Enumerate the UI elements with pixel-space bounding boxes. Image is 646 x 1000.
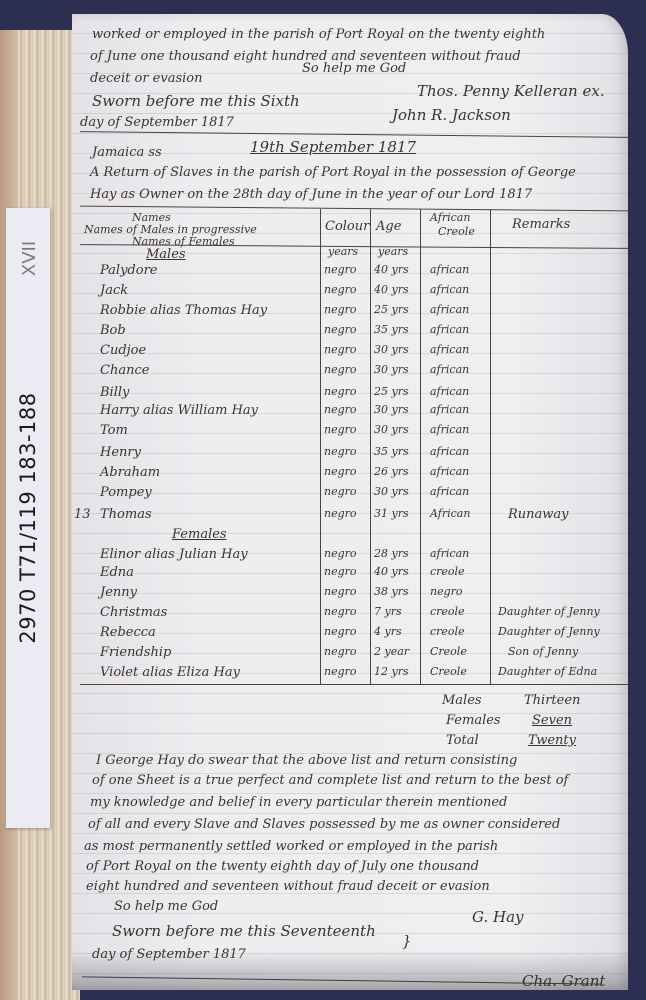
males-heading: Males <box>146 248 186 261</box>
table-row: Henry negro 35 yrs african <box>72 446 628 465</box>
table-row: Friendship negro 2 year Creole Son of Je… <box>72 646 628 665</box>
return-title-line-1: A Return of Slaves in the parish of Port… <box>90 166 576 179</box>
table-row: Bob negro 35 yrs african <box>72 324 628 343</box>
slave-age: 38 yrs <box>374 586 409 597</box>
slave-colour: negro <box>324 586 357 597</box>
slave-age: 40 yrs <box>374 284 409 295</box>
table-row: Harry alias William Hay negro 30 yrs afr… <box>72 404 628 423</box>
slave-origin: african <box>430 446 469 457</box>
slave-age: 30 yrs <box>374 424 409 435</box>
slave-name: Henry <box>100 446 141 459</box>
slave-origin: african <box>430 386 469 397</box>
slave-origin: african <box>430 466 469 477</box>
slave-origin: Creole <box>430 646 467 657</box>
oath-line-6: of Port Royal on the twenty eighth day o… <box>86 860 479 873</box>
slave-origin: african <box>430 404 469 415</box>
slave-colour: negro <box>324 264 357 275</box>
slave-name: Chance <box>100 364 149 377</box>
slave-age: 30 yrs <box>374 344 409 355</box>
slave-origin: African <box>430 508 470 519</box>
slave-origin: african <box>430 364 469 375</box>
total-value-total: Twenty <box>528 734 576 747</box>
witness-signature: Cha. Grant <box>522 974 605 989</box>
slave-colour: negro <box>324 404 357 415</box>
slave-name: Harry alias William Hay <box>100 404 258 417</box>
slave-age: 40 yrs <box>374 264 409 275</box>
slave-age: 26 yrs <box>374 466 409 477</box>
slave-name: Violet alias Eliza Hay <box>100 666 240 679</box>
table-row: Christmas negro 7 yrs creole Daughter of… <box>72 606 628 625</box>
slave-origin: creole <box>430 626 465 637</box>
archive-reference-text: 2970 T71/119 183-188 <box>16 392 40 643</box>
slave-colour: negro <box>324 666 357 677</box>
prior-sworn-line-1: Sworn before me this Sixth <box>92 94 300 109</box>
brace-mark: } <box>402 934 412 949</box>
slave-colour: negro <box>324 606 357 617</box>
oath-line-1: I George Hay do swear that the above lis… <box>96 754 517 767</box>
table-row: Edna negro 40 yrs creole <box>72 566 628 585</box>
slave-age: 4 yrs <box>374 626 402 637</box>
prior-signature-1: Thos. Penny Kelleran ex. <box>417 84 605 99</box>
col-header-age: Age <box>376 220 401 233</box>
females-heading: Females <box>172 528 227 541</box>
slave-origin: african <box>430 324 469 335</box>
prior-entry-oath: So help me God <box>302 62 406 75</box>
slave-origin: african <box>430 486 469 497</box>
oath-line-2: of one Sheet is a true perfect and compl… <box>92 774 568 787</box>
slave-remarks: Son of Jenny <box>508 646 578 657</box>
slave-colour: negro <box>324 486 357 497</box>
slave-age: 35 yrs <box>374 324 409 335</box>
slave-origin: negro <box>430 586 463 597</box>
col-header-names-mid: Names of Males in progressive <box>84 224 257 235</box>
slave-age: 7 yrs <box>374 606 402 617</box>
slave-age: 30 yrs <box>374 404 409 415</box>
table-row: Robbie alias Thomas Hay negro 25 yrs afr… <box>72 304 628 323</box>
oath-line-5: as most permanently settled worked or em… <box>84 840 498 853</box>
return-title-line-2: Hay as Owner on the 28th day of June in … <box>90 188 532 201</box>
slave-colour: negro <box>324 646 357 657</box>
slave-name: Bob <box>100 324 126 337</box>
slave-remarks: Daughter of Jenny <box>498 606 600 617</box>
slave-age: 12 yrs <box>374 666 409 677</box>
slave-name: Tom <box>100 424 128 437</box>
slave-name: Christmas <box>100 606 167 619</box>
prior-signature-2: John R. Jackson <box>392 108 511 123</box>
slave-remarks: Runaway <box>508 508 569 521</box>
slave-age: 25 yrs <box>374 304 409 315</box>
total-value-males: Thirteen <box>524 694 580 707</box>
slave-age: 28 yrs <box>374 548 409 559</box>
table-row: Jenny negro 38 yrs negro <box>72 586 628 605</box>
slave-origin: Creole <box>430 666 467 677</box>
units-age: years <box>378 246 408 257</box>
table-row: Chance negro 30 yrs african <box>72 364 628 383</box>
slave-age: 30 yrs <box>374 486 409 497</box>
slave-colour: negro <box>324 364 357 375</box>
slave-name: Cudjoe <box>100 344 146 357</box>
slave-colour: negro <box>324 344 357 355</box>
prior-sworn-line-2: day of September 1817 <box>80 116 234 129</box>
slave-origin: african <box>430 424 469 435</box>
col-header-remarks: Remarks <box>512 218 570 231</box>
pencil-mark: XVII <box>14 226 40 296</box>
slave-colour: negro <box>324 304 357 315</box>
slave-name: Thomas <box>100 508 152 521</box>
slave-colour: negro <box>324 508 357 519</box>
slave-name: Palydore <box>100 264 157 277</box>
male-count-margin: 13 <box>74 508 91 521</box>
oath-line-7: eight hundred and seventeen without frau… <box>86 880 490 893</box>
prior-entry-line-3: deceit or evasion <box>90 72 203 85</box>
return-date: 19th September 1817 <box>250 140 416 155</box>
slave-origin: african <box>430 304 469 315</box>
total-label-males: Males <box>442 694 482 707</box>
slave-colour: negro <box>324 446 357 457</box>
slave-origin: african <box>430 344 469 355</box>
slave-name: Elinor alias Julian Hay <box>100 548 248 561</box>
table-bottom-border <box>80 684 628 685</box>
slave-remarks: Daughter of Jenny <box>498 626 600 637</box>
slave-age: 25 yrs <box>374 386 409 397</box>
slave-colour: negro <box>324 548 357 559</box>
slave-name: Jenny <box>100 586 137 599</box>
slave-origin: creole <box>430 606 465 617</box>
slave-origin: creole <box>430 566 465 577</box>
col-header-origin-top: African <box>430 212 470 223</box>
table-row: Rebecca negro 4 yrs creole Daughter of J… <box>72 626 628 645</box>
slave-name: Rebecca <box>100 626 156 639</box>
total-value-females: Seven <box>532 714 572 727</box>
slave-age: 31 yrs <box>374 508 409 519</box>
slave-name: Friendship <box>100 646 171 659</box>
slave-colour: negro <box>324 284 357 295</box>
table-row: Violet alias Eliza Hay negro 12 yrs Creo… <box>72 666 628 685</box>
slave-colour: negro <box>324 324 357 335</box>
slave-age: 40 yrs <box>374 566 409 577</box>
slave-name: Abraham <box>100 466 160 479</box>
table-row: Abraham negro 26 yrs african <box>72 466 628 485</box>
slave-age: 30 yrs <box>374 364 409 375</box>
slave-origin: african <box>430 264 469 275</box>
slave-name: Edna <box>100 566 134 579</box>
oath-sworn-line-1: Sworn before me this Seventeenth <box>112 924 376 939</box>
slave-colour: negro <box>324 626 357 637</box>
table-row: 13 Thomas negro 31 yrs African Runaway <box>72 508 628 527</box>
archive-reference-label: XVII 2970 T71/119 183-188 <box>6 208 50 828</box>
slave-origin: african <box>430 548 469 559</box>
table-row: Tom negro 30 yrs african <box>72 424 628 443</box>
prior-entry-line-1: worked or employed in the parish of Port… <box>92 28 545 41</box>
slave-origin: african <box>430 284 469 295</box>
oath-line-4: of all and every Slave and Slaves posses… <box>88 818 560 831</box>
owner-signature: G. Hay <box>472 910 523 925</box>
table-row: Palydore negro 40 yrs african <box>72 264 628 283</box>
table-row: Cudjoe negro 30 yrs african <box>72 344 628 363</box>
slave-name: Jack <box>100 284 128 297</box>
ledger-page: worked or employed in the parish of Port… <box>72 14 628 990</box>
oath-line-3: my knowledge and belief in every particu… <box>90 796 507 809</box>
slave-name: Robbie alias Thomas Hay <box>100 304 267 317</box>
col-header-names-top: Names <box>132 212 171 223</box>
total-label-females: Females <box>446 714 501 727</box>
slave-age: 35 yrs <box>374 446 409 457</box>
slave-name: Pompey <box>100 486 152 499</box>
slave-colour: negro <box>324 466 357 477</box>
col-header-colour: Colour <box>325 220 369 233</box>
table-row: Pompey negro 30 yrs african <box>72 486 628 505</box>
return-place: Jamaica ss <box>92 146 162 159</box>
slave-name: Billy <box>100 386 129 399</box>
slave-age: 2 year <box>374 646 409 657</box>
col-header-origin-bot: Creole <box>438 226 475 237</box>
slave-remarks: Daughter of Edna <box>498 666 597 677</box>
slave-colour: negro <box>324 566 357 577</box>
closing-rule <box>82 976 602 984</box>
slave-colour: negro <box>324 424 357 435</box>
slave-colour: negro <box>324 386 357 397</box>
oath-sworn-line-2: day of September 1817 <box>92 948 246 961</box>
table-row: Jack negro 40 yrs african <box>72 284 628 303</box>
oath-so-help: So help me God <box>114 900 218 913</box>
units-colour: years <box>328 246 358 257</box>
total-label-total: Total <box>446 734 479 747</box>
